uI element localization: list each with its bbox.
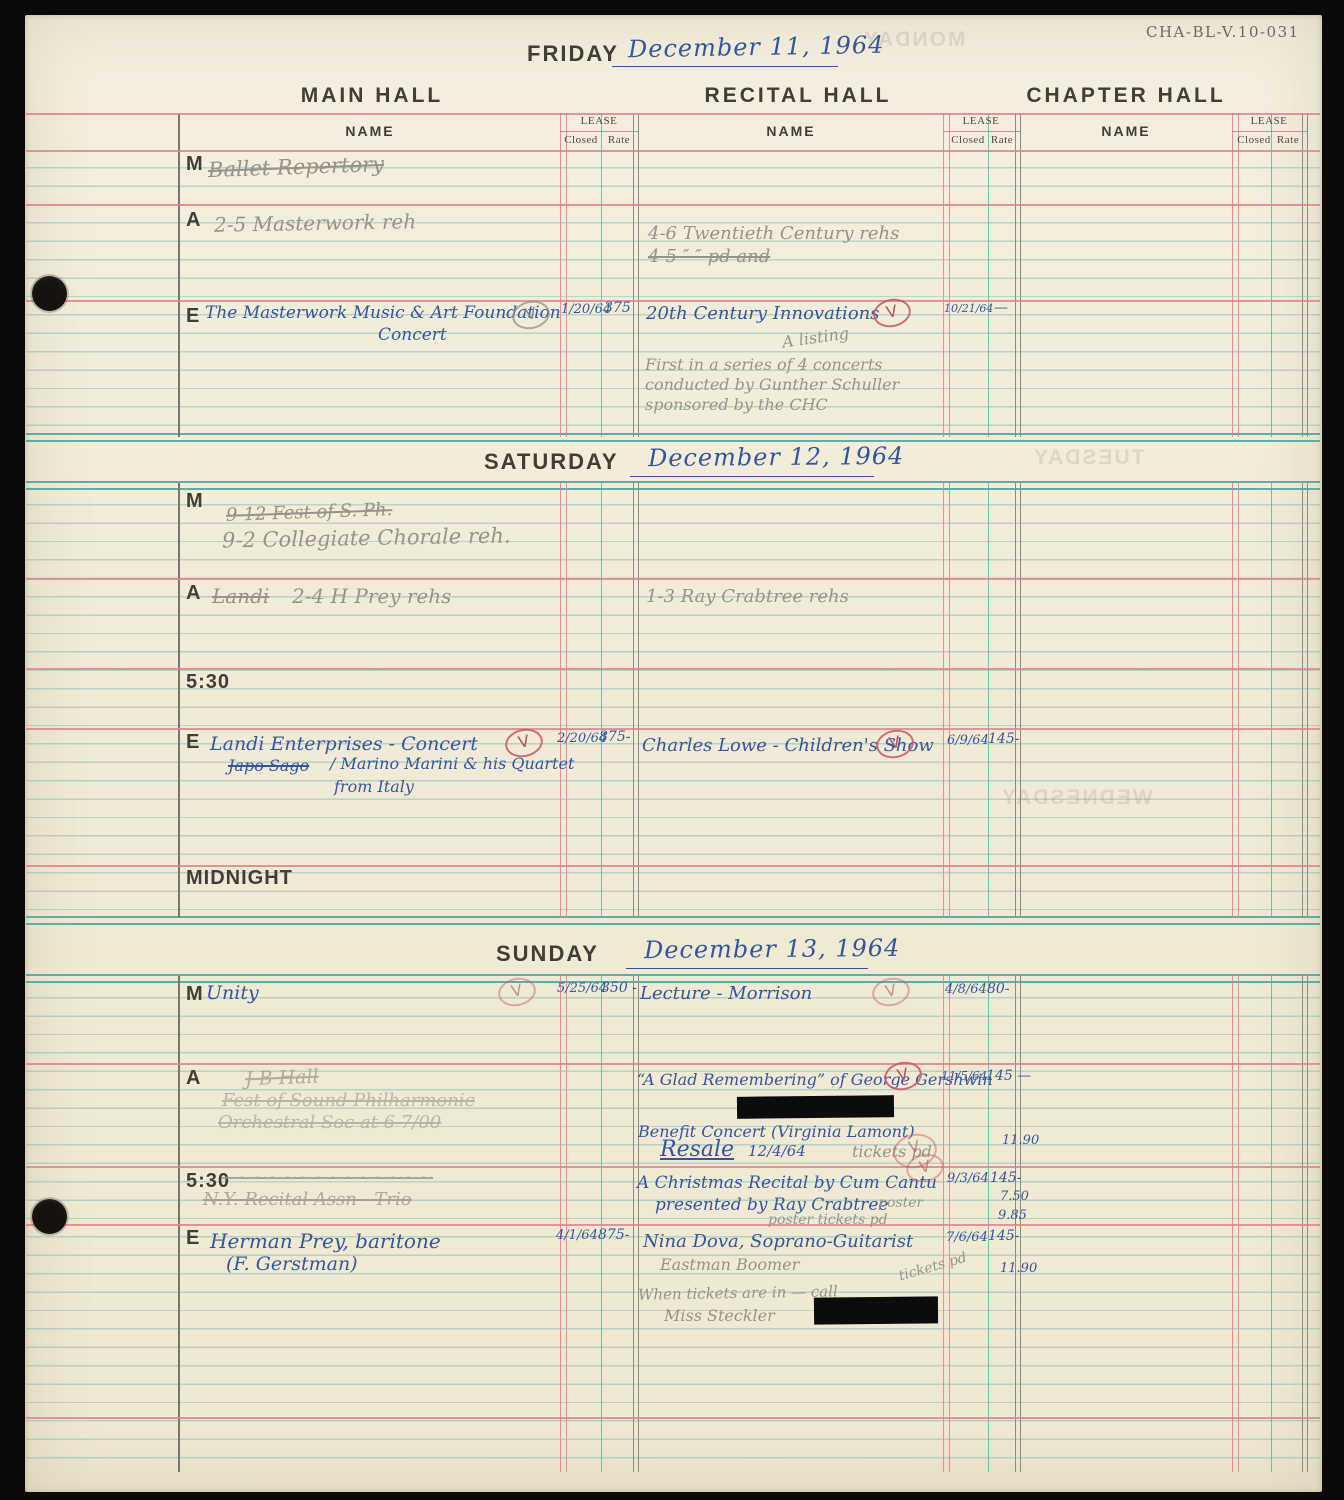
entry-sunday-recital-morning: Lecture - Morrison bbox=[640, 984, 812, 1004]
grid-line bbox=[1302, 113, 1303, 437]
col-name-recital: NAME bbox=[766, 124, 815, 139]
lease-rate-friday-main: 375 bbox=[604, 301, 631, 316]
date-saturday: December 12, 1964 bbox=[648, 443, 905, 472]
note-poster-tickets: poster tickets pd bbox=[768, 1213, 888, 1228]
entry-sunday-main-afternoon-struck1: J B Hall bbox=[245, 1067, 319, 1090]
section-divider bbox=[26, 433, 1320, 442]
grid-line-red bbox=[26, 1063, 1320, 1065]
lease-rate-resale: 11.90 bbox=[1002, 1134, 1039, 1148]
lease-closed-sunday-recital-a: 11/5/64 bbox=[941, 1070, 987, 1083]
grid-line bbox=[601, 113, 602, 437]
grid-line bbox=[1015, 113, 1016, 437]
grid-line bbox=[178, 483, 180, 918]
entry-sunday-main-530-struck1: ~~~~~~~~~~~~~~ bbox=[222, 1168, 433, 1188]
lease-underline bbox=[1232, 131, 1307, 132]
col-lease-main: LEASE bbox=[581, 115, 618, 127]
entry-friday-recital-afternoon-line2: 4-5 ″ ″ pd and bbox=[648, 247, 770, 267]
grid-line bbox=[638, 483, 639, 918]
grid-line bbox=[633, 483, 634, 918]
grid-line bbox=[1307, 113, 1308, 437]
hole-punch bbox=[32, 276, 67, 311]
row-label-afternoon: A bbox=[186, 209, 201, 231]
grid-line bbox=[633, 113, 634, 437]
lease-closed-saturday-recital: 6/9/64 bbox=[947, 734, 989, 748]
grid-line bbox=[1020, 113, 1021, 437]
col-rate-chapter: Rate bbox=[1277, 134, 1299, 146]
grid-line bbox=[1271, 483, 1272, 918]
grid-line bbox=[943, 483, 944, 918]
note-miss-steckler: Miss Steckler bbox=[664, 1307, 775, 1325]
col-rate-recital: Rate bbox=[991, 134, 1013, 146]
entry-friday-recital-afternoon: 4-6 Twentieth Century rehs bbox=[648, 224, 899, 244]
date-underline bbox=[626, 968, 868, 969]
entry-sunday-main-evening: Herman Prey, baritone bbox=[210, 1230, 441, 1252]
entry-sunday-main-530-struck2: N.Y. Recital Assn - Trio bbox=[203, 1190, 412, 1210]
grid-line-red bbox=[26, 1224, 1320, 1226]
redaction-bar bbox=[737, 1095, 894, 1119]
grid-line bbox=[988, 113, 989, 437]
lease-rate-sunday-recital-530: 145- bbox=[990, 1171, 1021, 1186]
hole-punch bbox=[32, 1199, 67, 1234]
entry-friday-main-evening-line2: Concert bbox=[378, 326, 447, 345]
note-series-line1: First in a series of 4 concerts bbox=[645, 356, 882, 374]
grid-line-red bbox=[26, 1166, 1320, 1168]
lease-closed-sunday-recital-m: 4/8/64 bbox=[945, 983, 987, 997]
section-divider bbox=[26, 481, 1320, 490]
row-label-afternoon: A bbox=[186, 582, 201, 604]
grid-line bbox=[943, 113, 944, 437]
entry-sunday-recital-afternoon: “A Glad Remembering” of George Gershwin bbox=[637, 1071, 993, 1089]
reference-code: CHA-BL-V.10-031 bbox=[1146, 24, 1300, 41]
ghost-wednesday: WEDNESDAY bbox=[1000, 786, 1153, 809]
day-title-saturday: SATURDAY bbox=[484, 450, 619, 474]
lease-rate-sunday-recital-a: 145 — bbox=[986, 1069, 1031, 1084]
grid-line bbox=[1238, 113, 1239, 437]
hall-title-recital: RECITAL HALL bbox=[705, 84, 892, 107]
row-label-evening: E bbox=[186, 305, 200, 327]
note-poster: poster bbox=[878, 1196, 923, 1211]
grid-line bbox=[638, 113, 639, 437]
entry-saturday-main-evening-struck: Japo Sago bbox=[228, 757, 309, 775]
entry-sunday-main-afternoon-struck2: Fest of Sound Philharmonic bbox=[222, 1091, 475, 1111]
grid-line-red bbox=[26, 728, 1320, 730]
ghost-tuesday: TUESDAY bbox=[1032, 446, 1144, 469]
entry-sunday-recital-resale-date: 12/4/64 bbox=[748, 1143, 806, 1160]
hall-title-main: MAIN HALL bbox=[301, 84, 443, 107]
note-series-line2: conducted by Gunther Schuller bbox=[645, 376, 899, 394]
lease-closed-sunday-main-m: 5/25/64 bbox=[557, 982, 607, 996]
lease-rate-sunday-main-m: 350 - bbox=[601, 981, 637, 996]
note-series-line3: sponsored by the CHC bbox=[645, 396, 828, 414]
lease-underline bbox=[943, 131, 1020, 132]
lease-rate3-sunday-recital-530: 9.85 bbox=[998, 1209, 1027, 1223]
redaction-bar bbox=[814, 1296, 938, 1324]
grid-line bbox=[601, 483, 602, 918]
grid-line-red bbox=[26, 150, 1320, 152]
hall-title-chapter: CHAPTER HALL bbox=[1026, 84, 1225, 107]
day-title-friday: FRIDAY bbox=[527, 42, 619, 66]
ledger-scan: MONDAY TUESDAY WEDNESDAY CHA-BL-V.10-031… bbox=[0, 0, 1344, 1500]
entry-saturday-recital-afternoon: 1-3 Ray Crabtree rehs bbox=[646, 587, 849, 607]
entry-friday-recital-evening: 20th Century Innovations bbox=[646, 304, 879, 324]
entry-sunday-main-afternoon-struck3: Orchestral Soc at 6 7/00 bbox=[218, 1113, 441, 1133]
col-name-chapter: NAME bbox=[1101, 124, 1150, 139]
grid-line bbox=[1232, 483, 1233, 918]
grid-line-red bbox=[26, 578, 1320, 580]
entry-friday-main-evening: The Masterwork Music & Art Foundation bbox=[205, 304, 561, 323]
grid-line bbox=[1020, 483, 1021, 918]
date-underline bbox=[630, 476, 874, 477]
entry-friday-main-afternoon: 2-5 Masterwork reh bbox=[214, 210, 416, 236]
section-divider bbox=[26, 916, 1320, 925]
note-eastman-boomer: Eastman Boomer bbox=[660, 1256, 799, 1274]
grid-line bbox=[949, 113, 950, 437]
col-name-main: NAME bbox=[345, 124, 394, 139]
day-title-sunday: SUNDAY bbox=[496, 942, 599, 966]
entry-sunday-recital-resale: Resale bbox=[660, 1138, 734, 1162]
grid-line bbox=[560, 483, 561, 918]
grid-line-red bbox=[26, 1417, 1320, 1419]
col-closed-recital: Closed bbox=[951, 134, 985, 146]
row-label-evening: E bbox=[186, 731, 200, 753]
grid-line-red bbox=[26, 668, 1320, 670]
col-closed-main: Closed bbox=[564, 134, 598, 146]
ruling-saturday bbox=[26, 487, 1320, 918]
grid-line bbox=[566, 113, 567, 437]
grid-line bbox=[949, 483, 950, 918]
date-sunday: December 13, 1964 bbox=[644, 935, 901, 964]
entry-saturday-main-evening-line3: from Italy bbox=[334, 778, 414, 796]
lease-rate-sunday-main-e: 875- bbox=[598, 1228, 629, 1243]
entry-saturday-main-afternoon-struck: Landi bbox=[212, 585, 269, 607]
col-closed-chapter: Closed bbox=[1237, 134, 1271, 146]
lease-rate2-sunday-recital-530: 7.50 bbox=[1000, 1190, 1029, 1204]
row-label-morning: M bbox=[186, 153, 204, 175]
note-when-tickets: When tickets are in — call bbox=[638, 1283, 838, 1303]
date-friday: December 11, 1964 bbox=[628, 32, 885, 63]
row-label-evening: E bbox=[186, 1227, 200, 1249]
date-underline bbox=[612, 66, 838, 67]
lease-closed-sunday-recital-530: 9/3/64 bbox=[947, 1172, 989, 1186]
row-label-morning: M bbox=[186, 490, 204, 512]
lease-closed-friday-recital: 10/21/64 bbox=[944, 303, 993, 315]
row-label-afternoon: A bbox=[186, 1067, 201, 1089]
lease-rate-saturday-recital: 145- bbox=[988, 732, 1019, 747]
grid-line bbox=[1271, 113, 1272, 437]
grid-line bbox=[1232, 113, 1233, 437]
entry-saturday-main-afternoon: 2-4 H Prey rehs bbox=[292, 585, 451, 607]
grid-line-red bbox=[26, 113, 1320, 115]
lease-underline bbox=[560, 131, 638, 132]
grid-line-red bbox=[26, 300, 1320, 302]
grid-line bbox=[560, 113, 561, 437]
grid-line-red bbox=[26, 204, 1320, 206]
grid-line bbox=[1302, 483, 1303, 918]
col-lease-chapter: LEASE bbox=[1251, 115, 1288, 127]
row-label-530: 5:30 bbox=[186, 671, 230, 693]
lease-rate-sunday-recital-e: 145- bbox=[988, 1229, 1019, 1244]
row-label-morning: M bbox=[186, 983, 204, 1005]
lease-closed-sunday-recital-e: 7/6/64 bbox=[946, 1231, 988, 1245]
entry-sunday-recital-530: A Christmas Recital by Cum Cantu bbox=[637, 1174, 937, 1193]
lease-closed-sunday-main-e: 4/1/64 bbox=[556, 1229, 598, 1243]
lease-rate-sunday-recital-m: 80- bbox=[987, 982, 1010, 997]
lease-rate2-sunday-recital-e: 11.90 bbox=[1000, 1262, 1037, 1276]
entry-sunday-recital-evening: Nina Dova, Soprano-Guitarist bbox=[643, 1232, 913, 1252]
grid-line bbox=[988, 483, 989, 918]
entry-sunday-main-morning: Unity bbox=[206, 983, 259, 1004]
col-lease-recital: LEASE bbox=[963, 115, 1000, 127]
entry-saturday-main-evening: Landi Enterprises - Concert bbox=[210, 734, 478, 755]
entry-sunday-main-evening-line2: (F. Gerstman) bbox=[226, 1254, 358, 1275]
col-rate-main: Rate bbox=[608, 134, 630, 146]
lease-rate-saturday-main: 875- bbox=[599, 730, 630, 745]
grid-line bbox=[178, 113, 180, 437]
grid-line bbox=[566, 483, 567, 918]
grid-line bbox=[1015, 483, 1016, 918]
row-label-midnight: MIDNIGHT bbox=[186, 867, 293, 889]
grid-line bbox=[1307, 483, 1308, 918]
grid-line bbox=[1238, 483, 1239, 918]
lease-rate-friday-recital: — bbox=[994, 301, 1008, 316]
entry-saturday-main-evening-line2: / Marino Marini & his Quartet bbox=[330, 755, 574, 773]
